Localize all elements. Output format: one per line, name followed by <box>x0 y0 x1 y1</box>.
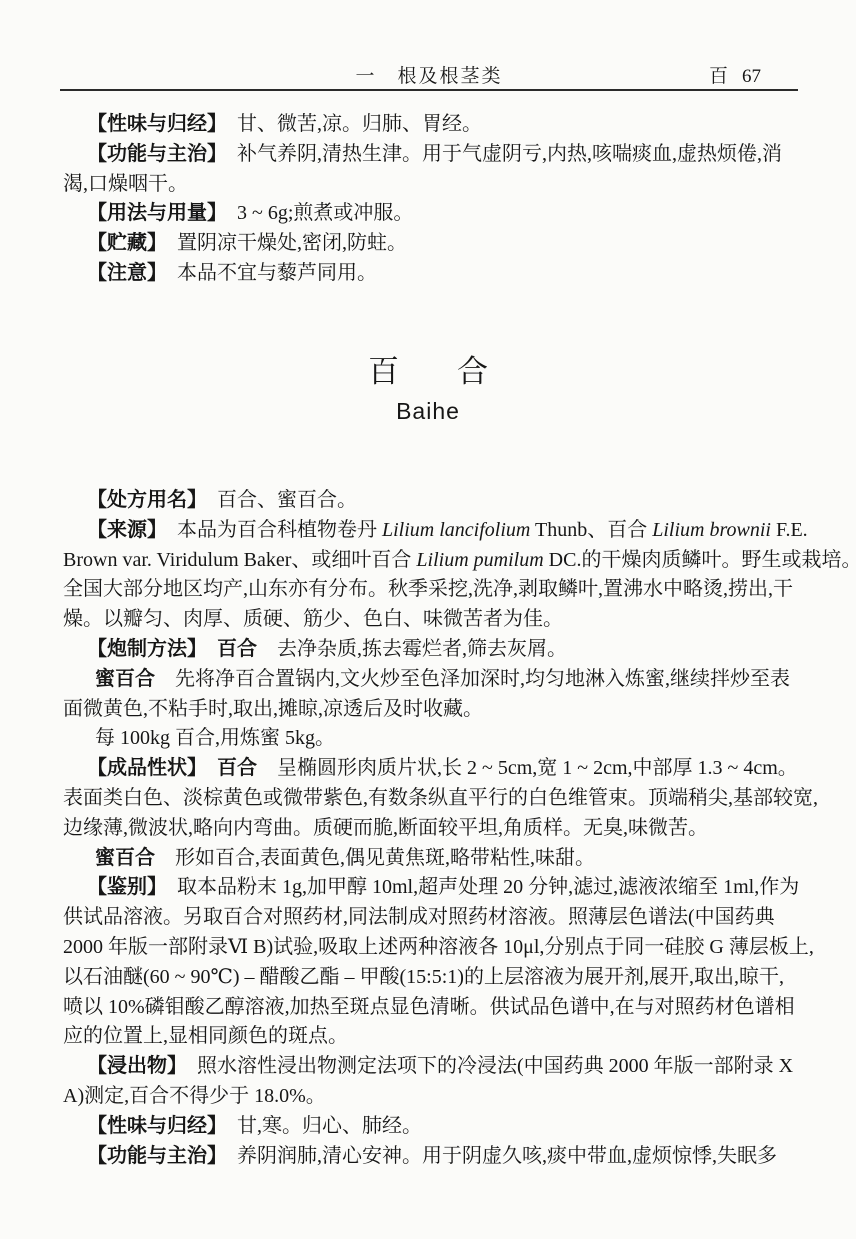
text-line: 边缘薄,微波状,略向内弯曲。质硬而脆,断面较平坦,角质样。无臭,味微苦。 <box>63 814 803 844</box>
field-label: 【处方用名】 <box>87 489 197 511</box>
text-segment: 喷以 10%磷钼酸乙醇溶液,加热至斑点显色清晰。供试品色谱中,在与对照药材色谱相 <box>63 996 795 1018</box>
text-segment: 本品为百合科植物卷丹 <box>157 519 382 541</box>
field-label: 【贮藏】 <box>87 232 157 254</box>
text-segment: 3 ~ 6g;煎煮或冲服。 <box>217 202 413 224</box>
entry-title: 百 合 <box>0 352 856 392</box>
field-label: 【功能与主治】 <box>87 1145 217 1167</box>
field-label: 【性味与归经】 <box>87 113 217 135</box>
previous-entry-text-block: 【性味与归经】 甘、微苦,凉。归肺、胃经。【功能与主治】 补气养阴,清热生津。用… <box>63 110 803 289</box>
entry-pinyin: Baihe <box>0 398 856 425</box>
text-segment: 以石油醚(60 ~ 90℃) – 醋酸乙酯 – 甲酸(15:5:1)的上层溶液为… <box>63 966 784 988</box>
entry-body-text-block: 【处方用名】 百合、蜜百合。【来源】 本品为百合科植物卷丹 Lilium lan… <box>63 486 803 1171</box>
field-label: 【功能与主治】 <box>87 143 217 165</box>
text-line: 【浸出物】 照水溶性浸出物测定法项下的冷浸法(中国药典 2000 年版一部附录 … <box>63 1052 803 1082</box>
text-line: 【处方用名】 百合、蜜百合。 <box>63 486 803 516</box>
field-label: 蜜百合 <box>95 668 155 690</box>
text-line: 应的位置上,显相同颜色的斑点。 <box>63 1022 803 1052</box>
text-line: 面微黄色,不粘手时,取出,摊晾,凉透后及时收藏。 <box>63 695 803 725</box>
text-line: 蜜百合 先将净百合置锅内,文火炒至色泽加深时,均匀地淋入炼蜜,继续拌炒至表 <box>63 665 803 695</box>
field-label: 【鉴别】 <box>87 876 157 898</box>
text-segment: 每 100kg 百合,用炼蜜 5kg。 <box>95 727 335 749</box>
text-segment: 表面类白色、淡棕黄色或微带紫色,有数条纵直平行的白色维管束。顶端稍尖,基部较宽, <box>63 787 818 809</box>
text-line: 【功能与主治】 补气养阴,清热生津。用于气虚阴亏,内热,咳喘痰血,虚热烦倦,消 <box>63 140 803 170</box>
text-segment: Thunb、百合 <box>530 519 652 541</box>
text-segment: 供试品溶液。另取百合对照药材,同法制成对照药材溶液。照薄层色谱法(中国药典 <box>63 906 775 928</box>
text-line: 渴,口燥咽干。 <box>63 170 803 200</box>
field-label: 【炮制方法】 <box>87 638 197 660</box>
text-segment: 面微黄色,不粘手时,取出,摊晾,凉透后及时收藏。 <box>63 698 483 720</box>
text-line: 【用法与用量】 3 ~ 6g;煎煮或冲服。 <box>63 199 803 229</box>
entry-title-char-2: 合 <box>457 352 488 392</box>
text-line: 【来源】 本品为百合科植物卷丹 Lilium lancifolium Thunb… <box>63 516 803 546</box>
text-segment: 呈椭圆形肉质片状,长 2 ~ 5cm,宽 1 ~ 2cm,中部厚 1.3 ~ 4… <box>257 757 798 779</box>
text-segment: 甘,寒。归心、肺经。 <box>217 1115 422 1137</box>
text-segment: 应的位置上,显相同颜色的斑点。 <box>63 1025 348 1047</box>
text-segment: 甘、微苦,凉。归肺、胃经。 <box>217 113 482 135</box>
text-segment: 补气养阴,清热生津。用于气虚阴亏,内热,咳喘痰血,虚热烦倦,消 <box>217 143 782 165</box>
text-line: 喷以 10%磷钼酸乙醇溶液,加热至斑点显色清晰。供试品色谱中,在与对照药材色谱相 <box>63 993 803 1023</box>
text-segment <box>197 757 217 779</box>
field-label: 【用法与用量】 <box>87 202 217 224</box>
text-line: 【性味与归经】 甘、微苦,凉。归肺、胃经。 <box>63 110 803 140</box>
text-segment: 本品不宜与藜芦同用。 <box>157 262 377 284</box>
text-segment: 去净杂质,拣去霉烂者,筛去灰屑。 <box>257 638 567 660</box>
text-line: 【注意】 本品不宜与藜芦同用。 <box>63 259 803 289</box>
text-line: 蜜百合 形如百合,表面黄色,偶见黄焦斑,略带粘性,味甜。 <box>63 844 803 874</box>
text-line: 【贮藏】 置阴凉干燥处,密闭,防蛀。 <box>63 229 803 259</box>
text-segment: 全国大部分地区均产,山东亦有分布。秋季采挖,洗净,剥取鳞叶,置沸水中略烫,捞出,… <box>63 578 793 600</box>
text-segment: 渴,口燥咽干。 <box>63 173 188 195</box>
text-line: 【性味与归经】 甘,寒。归心、肺经。 <box>63 1112 803 1142</box>
field-label: 【来源】 <box>87 519 157 541</box>
text-segment: Brown var. Viridulum Baker、或细叶百合 <box>63 549 416 571</box>
text-line: 【鉴别】 取本品粉末 1g,加甲醇 10ml,超声处理 20 分钟,滤过,滤液浓… <box>63 873 803 903</box>
section-title: 一 根及根茎类 <box>355 61 502 88</box>
field-label: 【性味与归经】 <box>87 1115 217 1137</box>
field-label: 【注意】 <box>87 262 157 284</box>
text-segment: 边缘薄,微波状,略向内弯曲。质硬而脆,断面较平坦,角质样。无臭,味微苦。 <box>63 817 708 839</box>
text-segment: 2000 年版一部附录Ⅵ B)试验,吸取上述两种溶液各 10μl,分别点于同一硅… <box>63 936 814 958</box>
text-line: 【成品性状】 百合 呈椭圆形肉质片状,长 2 ~ 5cm,宽 1 ~ 2cm,中… <box>63 754 803 784</box>
text-segment: Lilium pumilum <box>416 549 543 571</box>
text-segment: A)测定,百合不得少于 18.0%。 <box>63 1085 326 1107</box>
page-header: 一 根及根茎类 百67 <box>60 58 798 91</box>
text-segment <box>197 638 217 660</box>
text-line: 全国大部分地区均产,山东亦有分布。秋季采挖,洗净,剥取鳞叶,置沸水中略烫,捞出,… <box>63 575 803 605</box>
text-segment: 置阴凉干燥处,密闭,防蛀。 <box>157 232 407 254</box>
page-ref: 百67 <box>709 61 761 88</box>
text-segment: Lilium brownii <box>652 519 771 541</box>
text-segment: 养阴润肺,清心安神。用于阴虚久咳,痰中带血,虚烦惊悸,失眠多 <box>217 1145 777 1167</box>
text-segment: 燥。以瓣匀、肉厚、质硬、筋少、色白、味微苦者为佳。 <box>63 608 563 630</box>
text-segment: 取本品粉末 1g,加甲醇 10ml,超声处理 20 分钟,滤过,滤液浓缩至 1m… <box>157 876 799 898</box>
text-segment: 照水溶性浸出物测定法项下的冷浸法(中国药典 2000 年版一部附录 X <box>177 1055 793 1077</box>
field-label: 【成品性状】 <box>87 757 197 779</box>
field-label: 百合 <box>217 638 257 660</box>
text-segment: DC.的干燥肉质鳞叶。野生或栽培。 <box>544 549 856 571</box>
text-line: 每 100kg 百合,用炼蜜 5kg。 <box>63 724 803 754</box>
field-label: 百合 <box>217 757 257 779</box>
field-label: 蜜百合 <box>95 847 155 869</box>
text-line: 【功能与主治】 养阴润肺,清心安神。用于阴虚久咳,痰中带血,虚烦惊悸,失眠多 <box>63 1142 803 1172</box>
text-line: 燥。以瓣匀、肉厚、质硬、筋少、色白、味微苦者为佳。 <box>63 605 803 635</box>
page-number: 67 <box>742 66 761 87</box>
text-line: 【炮制方法】 百合 去净杂质,拣去霉烂者,筛去灰屑。 <box>63 635 803 665</box>
text-segment: F.E. <box>771 519 808 541</box>
text-line: 表面类白色、淡棕黄色或微带紫色,有数条纵直平行的白色维管束。顶端稍尖,基部较宽, <box>63 784 803 814</box>
text-segment: 先将净百合置锅内,文火炒至色泽加深时,均匀地淋入炼蜜,继续拌炒至表 <box>155 668 790 690</box>
field-label: 【浸出物】 <box>87 1055 177 1077</box>
text-segment: 形如百合,表面黄色,偶见黄焦斑,略带粘性,味甜。 <box>155 847 595 869</box>
text-segment: 百合、蜜百合。 <box>197 489 357 511</box>
text-line: A)测定,百合不得少于 18.0%。 <box>63 1082 803 1112</box>
text-line: 2000 年版一部附录Ⅵ B)试验,吸取上述两种溶液各 10μl,分别点于同一硅… <box>63 933 803 963</box>
page-ref-char: 百 <box>709 66 728 87</box>
text-line: 以石油醚(60 ~ 90℃) – 醋酸乙酯 – 甲酸(15:5:1)的上层溶液为… <box>63 963 803 993</box>
entry-title-char-1: 百 <box>368 352 399 392</box>
text-line: 供试品溶液。另取百合对照药材,同法制成对照药材溶液。照薄层色谱法(中国药典 <box>63 903 803 933</box>
book-page: 一 根及根茎类 百67 【性味与归经】 甘、微苦,凉。归肺、胃经。【功能与主治】… <box>0 0 856 1239</box>
text-segment: Lilium lancifolium <box>382 519 530 541</box>
text-line: Brown var. Viridulum Baker、或细叶百合 Lilium … <box>63 546 803 576</box>
